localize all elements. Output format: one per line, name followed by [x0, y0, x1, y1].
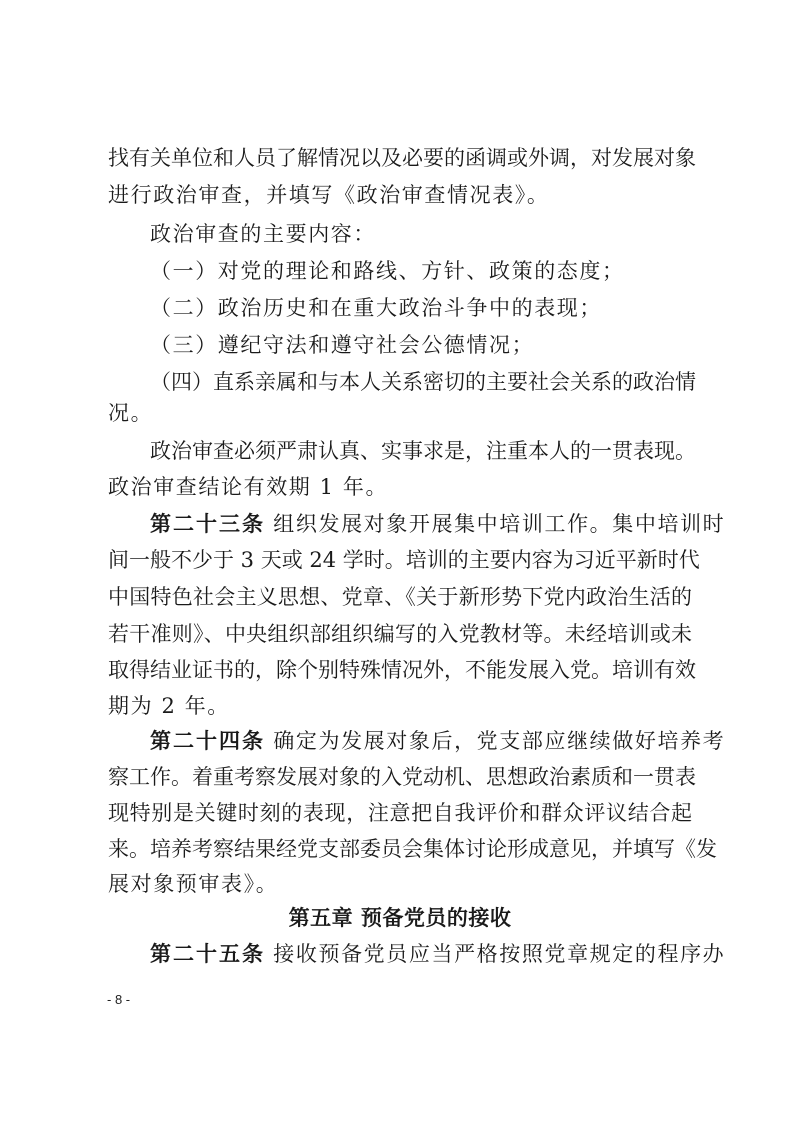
- list-item: （四）直系亲属和与本人关系密切的主要社会关系的政治情: [108, 369, 692, 395]
- paragraph-line: 若干准则》、中央组织部组织编写的入党教材等。未经培训或未: [108, 621, 692, 647]
- paragraph-line: 间一般不少于 3 天或 24 学时。培训的主要内容为习近平新时代: [108, 547, 692, 573]
- article-text: 接收预备党员应当严格按照党章规定的程序办: [273, 942, 725, 966]
- page-number: - 8 -: [107, 992, 130, 1007]
- paragraph-line: 找有关单位和人员了解情况以及必要的函调或外调，对发展对象: [108, 145, 692, 171]
- list-item: （三）遵纪守法和遵守社会公德情况；: [108, 332, 692, 358]
- paragraph-line: 进行政治审查，并填写《政治审查情况表》。: [108, 182, 692, 208]
- chapter-heading: 第五章 预备党员的接收: [108, 905, 692, 931]
- article-text: 组织发展对象开展集中培训工作。集中培训时: [273, 512, 725, 536]
- paragraph-line: 现特别是关键时刻的表现，注意把自我评价和群众评议结合起: [108, 800, 692, 826]
- article-24-line: 第二十四条 确定为发展对象后，党支部应继续做好培养考: [108, 728, 692, 754]
- list-item: （二）政治历史和在重大政治斗争中的表现；: [108, 295, 692, 321]
- paragraph-line: 中国特色社会主义思想、党章、《关于新形势下党内政治生活的: [108, 584, 692, 610]
- paragraph-line: 政治审查结论有效期 1 年。: [108, 474, 692, 500]
- paragraph-line: 政治审查的主要内容：: [108, 221, 692, 247]
- article-23-line: 第二十三条 组织发展对象开展集中培训工作。集中培训时: [108, 511, 692, 537]
- paragraph-line: 来。培养考察结果经党支部委员会集体讨论形成意见，并填写《发: [108, 836, 692, 862]
- list-item: （一）对党的理论和路线、方针、政策的态度；: [108, 258, 692, 284]
- paragraph-line: 展对象预审表》。: [108, 871, 692, 897]
- article-number: 第二十三条: [150, 512, 265, 536]
- paragraph-line: 况。: [108, 400, 692, 426]
- paragraph-line: 政治审查必须严肃认真、实事求是，注重本人的一贯表现。: [108, 438, 692, 464]
- paragraph-line: 察工作。着重考察发展对象的入党动机、思想政治素质和一贯表: [108, 764, 692, 790]
- article-text: 确定为发展对象后，党支部应继续做好培养考: [273, 729, 725, 753]
- article-number: 第二十四条: [150, 729, 265, 753]
- paragraph-line: 取得结业证书的，除个别特殊情况外，不能发展入党。培训有效: [108, 657, 692, 683]
- article-25-line: 第二十五条 接收预备党员应当严格按照党章规定的程序办: [108, 941, 692, 967]
- article-number: 第二十五条: [150, 942, 265, 966]
- paragraph-line: 期为 2 年。: [108, 693, 692, 719]
